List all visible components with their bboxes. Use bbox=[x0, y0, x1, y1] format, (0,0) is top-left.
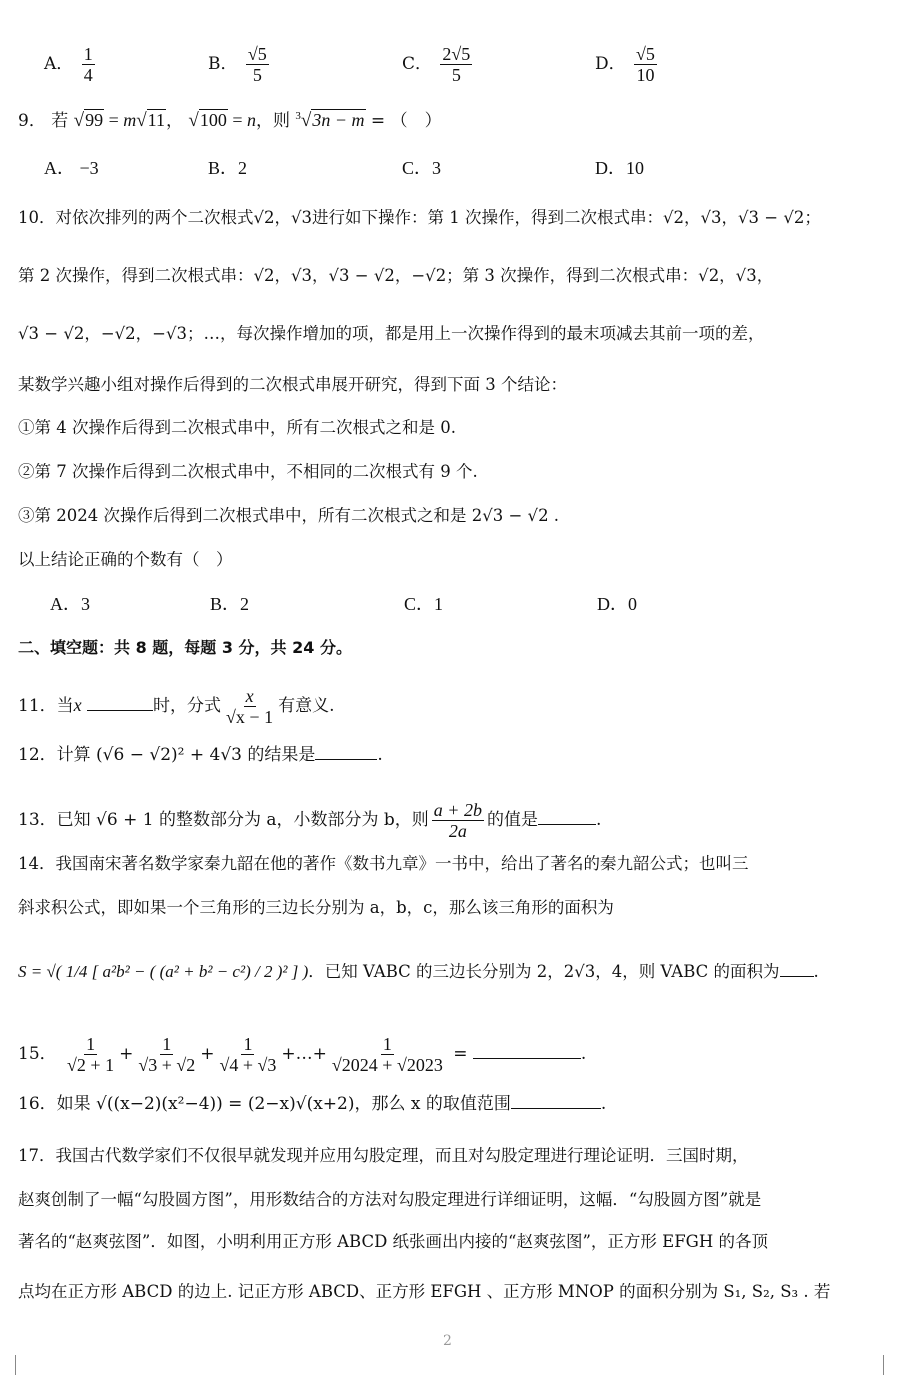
question-13: 13．已知 √6 + 1 的整数部分为 a，小数部分为 b，则a + 2b2a的… bbox=[18, 800, 601, 841]
question-10-line-4: 某数学兴趣小组对操作后得到的二次根式串展开研究，得到下面 3 个结论： bbox=[18, 373, 567, 397]
answer-blank[interactable] bbox=[511, 1092, 601, 1109]
text: ，则 bbox=[256, 111, 290, 131]
fraction: √55 bbox=[246, 44, 269, 85]
variable: n bbox=[247, 110, 256, 130]
text: 若 bbox=[51, 111, 68, 131]
question-10-line-2: 第 2 次操作，得到二次根式串：√2，√3，√3 − √2，−√2；第 3 次操… bbox=[18, 264, 773, 288]
text: . bbox=[581, 1044, 586, 1064]
option-label: D． bbox=[595, 54, 626, 74]
fraction: 2√55 bbox=[440, 44, 472, 85]
variable: m bbox=[123, 110, 136, 130]
sqrt-expr: √99 bbox=[74, 108, 104, 133]
answer-blank[interactable] bbox=[87, 694, 153, 711]
sqrt-expr: √100 bbox=[188, 108, 227, 133]
conclusion-3: ③第 2024 次操作后得到二次根式串中，所有二次根式之和是 2√3 − √2 … bbox=[18, 504, 559, 528]
numerator: √5 bbox=[634, 44, 657, 65]
text: . bbox=[596, 810, 601, 830]
text: ．已知 VABC 的三边长分别为 2，2√3，4，则 VABC 的面积为 bbox=[308, 962, 779, 981]
section-heading: 二、填空题：共 8 题，每题 3 分，共 24 分。 bbox=[18, 636, 352, 660]
text: = bbox=[104, 110, 123, 130]
q10-option-a: A．3 bbox=[50, 592, 90, 616]
text: 的值是 bbox=[487, 810, 538, 830]
answer-blank[interactable] bbox=[780, 960, 814, 977]
option-label: C． bbox=[402, 54, 432, 74]
option-label: B． bbox=[208, 54, 238, 74]
radicand: 99 bbox=[84, 109, 104, 130]
text: 计算 (√6 − √2)² + 4√3 的结果是 bbox=[57, 745, 316, 765]
numerator: x bbox=[244, 686, 256, 707]
answer-blank[interactable] bbox=[538, 808, 596, 825]
text: = （ ） bbox=[366, 111, 442, 131]
variable: x bbox=[74, 695, 82, 715]
question-14-formula-line: S = √( 1/4 [ a²b² − ( (a² + b² − c²) / 2… bbox=[18, 960, 819, 984]
question-17-line-4: 点均在正方形 ABCD 的边上. 记正方形 ABCD、正方形 EFGH 、正方形… bbox=[18, 1280, 830, 1304]
question-15: 15． 1√2 + 1+1√3 + √2+1√4 + √3+…+1√2024 +… bbox=[18, 1034, 586, 1075]
fraction: √510 bbox=[634, 44, 657, 85]
question-16: 16．如果 √((x−2)(x²−4)) = (2−x)√(x+2)，那么 x … bbox=[18, 1092, 606, 1116]
fraction: 1√2024 + √2023 bbox=[330, 1034, 445, 1075]
question-number: 16． bbox=[18, 1094, 57, 1114]
denominator: 4 bbox=[82, 65, 95, 85]
text: . bbox=[601, 1094, 606, 1114]
heron-formula: S = √( 1/4 [ a²b² − ( (a² + b² − c²) / 2… bbox=[18, 962, 308, 981]
question-10-ask: 以上结论正确的个数有（ ） bbox=[18, 548, 233, 572]
radicand: 100 bbox=[199, 109, 228, 130]
q8-option-c: C． 2√55 bbox=[402, 44, 475, 85]
question-9: 9． 若 √99 = m√11， √100 = n，则 3√3n − m = （… bbox=[18, 104, 442, 133]
question-14-line-2: 斜求积公式，即如果一个三角形的三边长分别为 a，b，c，那么该三角形的面积为 bbox=[18, 896, 614, 920]
q8-option-b: B． √55 bbox=[208, 44, 272, 85]
radicand: 11 bbox=[147, 109, 166, 130]
fraction: 1√3 + √2 bbox=[136, 1034, 197, 1075]
q9-option-c: C．3 bbox=[402, 156, 441, 180]
question-number: 9． bbox=[18, 111, 46, 131]
question-17-line-2: 赵爽创制了一幅“勾股圆方图”，用形数结合的方法对勾股定理进行详细证明，这幅．“勾… bbox=[18, 1188, 761, 1212]
text: . bbox=[377, 745, 382, 765]
q10-option-c: C．1 bbox=[404, 592, 443, 616]
sqrt-expr: √11 bbox=[136, 108, 166, 133]
text: 如果 √((x−2)(x²−4)) = (2−x)√(x+2)，那么 x 的取值… bbox=[57, 1094, 511, 1114]
numerator: √5 bbox=[246, 44, 269, 65]
question-number: 13． bbox=[18, 810, 57, 830]
text: 时，分式 bbox=[153, 696, 221, 716]
answer-blank[interactable] bbox=[315, 743, 377, 760]
q8-option-a: A． 14 bbox=[44, 44, 98, 85]
question-10-line-1: 10．对依次排列的两个二次根式√2，√3进行如下操作：第 1 次操作，得到二次根… bbox=[18, 206, 821, 230]
question-10-line-3: √3 − √2，−√2，−√3；…，每次操作增加的项，都是用上一次操作得到的最末… bbox=[18, 322, 765, 346]
question-number: 11． bbox=[18, 696, 57, 716]
q9-option-a: A． −3 bbox=[44, 156, 99, 180]
q8-option-d: D． √510 bbox=[595, 44, 660, 85]
q10-option-d: D．0 bbox=[597, 592, 637, 616]
q9-option-d: D．10 bbox=[595, 156, 644, 180]
text: 有意义. bbox=[278, 696, 334, 716]
fraction: 1√4 + √3 bbox=[218, 1034, 279, 1075]
question-11: 11．当x 时，分式x√x − 1有意义. bbox=[18, 686, 334, 727]
fraction: x√x − 1 bbox=[224, 686, 275, 727]
numerator: 2√5 bbox=[440, 44, 472, 65]
radicand: 3n − m bbox=[311, 109, 365, 130]
question-14-line-1: 14．我国南宋著名数学家秦九韶在他的著作《数书九章》一书中，给出了著名的秦九韶公… bbox=[18, 852, 749, 876]
question-17-line-1: 17．我国古代数学家们不仅很早就发现并应用勾股定理，而且对勾股定理进行理论证明．… bbox=[18, 1144, 749, 1168]
fraction: 14 bbox=[82, 44, 95, 85]
denominator: 10 bbox=[634, 65, 656, 85]
option-label: A． bbox=[44, 54, 73, 74]
text: . bbox=[814, 962, 819, 981]
numerator: 1 bbox=[82, 44, 95, 65]
q10-option-b: B．2 bbox=[210, 592, 249, 616]
fraction: a + 2b2a bbox=[432, 800, 484, 841]
denominator: 5 bbox=[251, 65, 264, 85]
page-corner-mark-right bbox=[883, 1355, 884, 1375]
question-12: 12．计算 (√6 − √2)² + 4√3 的结果是. bbox=[18, 743, 383, 767]
text: 当 bbox=[57, 696, 74, 716]
page-number: 2 bbox=[443, 1333, 452, 1349]
text: = bbox=[453, 1044, 467, 1064]
text: = bbox=[228, 110, 247, 130]
conclusion-1: ①第 4 次操作后得到二次根式串中，所有二次根式之和是 0. bbox=[18, 416, 456, 440]
denominator: 2a bbox=[447, 821, 469, 841]
q9-option-b: B．2 bbox=[208, 156, 247, 180]
text: ， bbox=[166, 111, 183, 131]
page-corner-mark-left bbox=[15, 1355, 16, 1375]
cube-root-expr: 3√3n − m bbox=[295, 104, 365, 133]
question-17-line-3: 著名的“赵爽弦图”．如图，小明利用正方形 ABCD 纸张画出内接的“赵爽弦图”，… bbox=[18, 1230, 768, 1254]
ellipsis: … bbox=[296, 1044, 313, 1064]
denominator: √x − 1 bbox=[224, 707, 275, 727]
question-number: 15． bbox=[18, 1044, 57, 1064]
conclusion-2: ②第 7 次操作后得到二次根式串中，不相同的二次根式有 9 个. bbox=[18, 460, 478, 484]
text: 已知 √6 + 1 的整数部分为 a，小数部分为 b，则 bbox=[57, 810, 429, 830]
question-number: 12． bbox=[18, 745, 57, 765]
fraction: 1√2 + 1 bbox=[65, 1034, 116, 1075]
answer-blank[interactable] bbox=[473, 1042, 581, 1059]
numerator: a + 2b bbox=[432, 800, 484, 821]
denominator: 5 bbox=[450, 65, 463, 85]
